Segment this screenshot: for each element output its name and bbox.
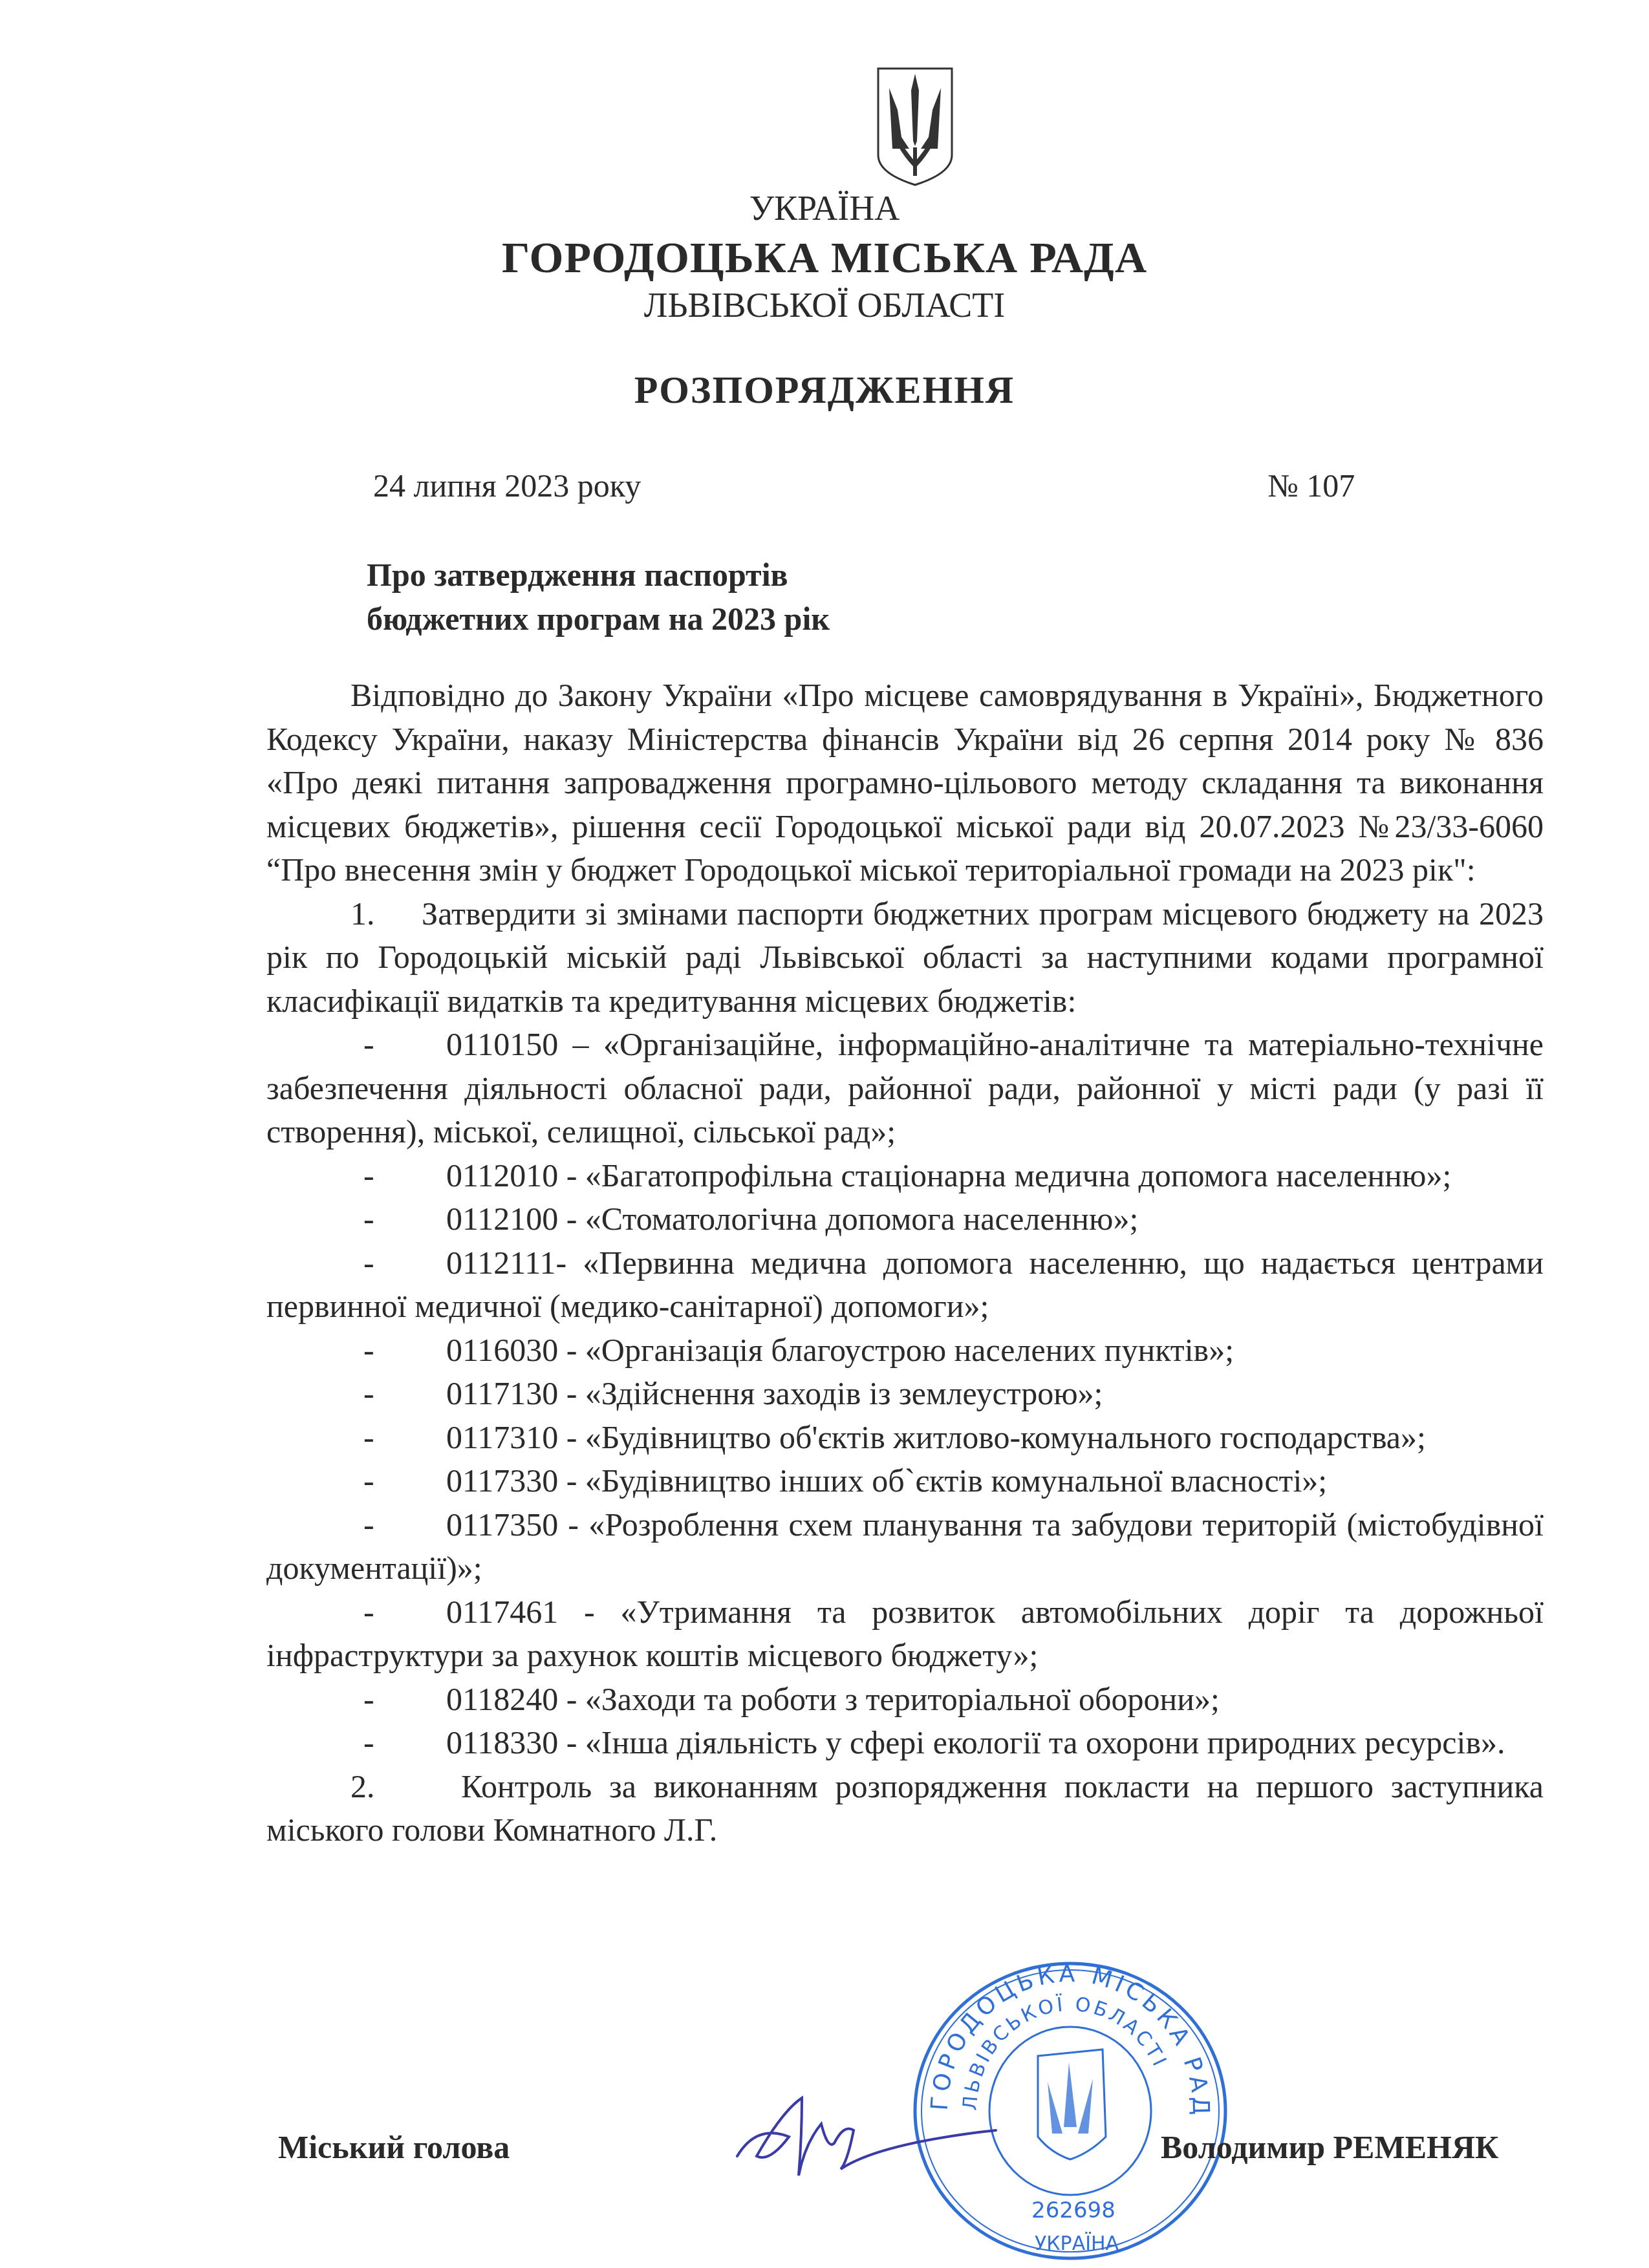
document-type: РОЗПОРЯДЖЕННЯ xyxy=(0,367,1649,412)
clause-2-number: 2. xyxy=(350,1768,375,1804)
svg-text:262698: 262698 xyxy=(1031,2198,1115,2223)
program-item: -0116030 - «Організація благоустрою насе… xyxy=(266,1329,1544,1373)
subject-line-1: Про затвердження паспортів xyxy=(367,553,830,597)
subject-line-2: бюджетних програм на 2023 рік xyxy=(367,597,830,641)
program-item: -0117310 - «Будівництво об'єктів житлово… xyxy=(266,1416,1544,1460)
handwritten-signature-icon xyxy=(731,2085,1002,2182)
clause-2-text: Контроль за виконанням розпорядження пок… xyxy=(266,1768,1544,1848)
program-item: -0117130 - «Здійснення заходів із землеу… xyxy=(266,1372,1544,1416)
document-number: № 107 xyxy=(1267,467,1355,504)
program-item: -0117330 - «Будівництво інших об`єктів к… xyxy=(266,1459,1544,1503)
clause-1: 1. Затвердити зі змінами паспорти бюджет… xyxy=(266,892,1544,1023)
program-item: -0112100 - «Стоматологічна допомога насе… xyxy=(266,1197,1544,1241)
program-item: -0112111- «Первинна медична допомога нас… xyxy=(266,1241,1544,1329)
program-item: -0117461 - «Утримання та розвиток автомо… xyxy=(266,1590,1544,1678)
document-page: УКРАЇНА ГОРОДОЦЬКА МІСЬКА РАДА ЛЬВІВСЬКО… xyxy=(0,0,1649,2268)
country-name: УКРАЇНА xyxy=(0,189,1649,228)
region-name: ЛЬВІВСЬКОЇ ОБЛАСТІ xyxy=(0,286,1649,325)
signatory-title: Міський голова xyxy=(278,2128,510,2166)
document-body: Відповідно до Закону України «Про місцев… xyxy=(266,674,1544,1852)
clause-1-number: 1. xyxy=(350,895,375,932)
program-item: -0118240 - «Заходи та роботи з територіа… xyxy=(266,1678,1544,1722)
clause-2: 2. Контроль за виконанням розпорядження … xyxy=(266,1765,1544,1852)
trident-emblem-icon xyxy=(873,65,957,187)
svg-text:УКРАЇНА: УКРАЇНА xyxy=(1035,2232,1119,2255)
program-item: -0118330 - «Інша діяльність у сфері екол… xyxy=(266,1721,1544,1765)
council-name: ГОРОДОЦЬКА МІСЬКА РАДА xyxy=(0,233,1649,282)
clause-1-text: Затвердити зі змінами паспорти бюджетних… xyxy=(266,895,1544,1019)
signatory-name: Володимир РЕМЕНЯК xyxy=(1161,2128,1498,2166)
document-subject: Про затвердження паспортів бюджетних про… xyxy=(367,553,830,641)
program-item: -0112010 - «Багатопрофільна стаціонарна … xyxy=(266,1154,1544,1198)
program-item: -0117350 - «Розроблення схем планування … xyxy=(266,1503,1544,1590)
preamble: Відповідно до Закону України «Про місцев… xyxy=(266,674,1544,892)
document-date: 24 липня 2023 року xyxy=(373,467,641,504)
program-item: -0110150 – «Організаційне, інформаційно-… xyxy=(266,1023,1544,1154)
